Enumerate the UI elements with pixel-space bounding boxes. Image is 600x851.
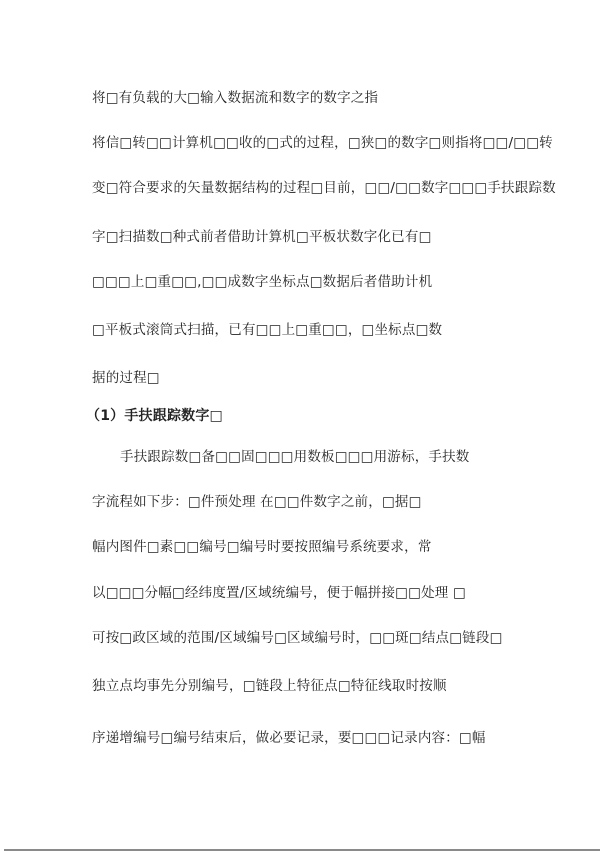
text-line-3: 变□符合要求的矢量数据结构的过程□目前，□□/□□数字□□□手扶跟踪数 xyxy=(92,176,556,196)
text-line-12: 以□□□分幅□经纬度置/区域统编号，便于幅拼接□□处理 □ xyxy=(92,581,466,601)
text-line-11: 幅内图件□素□□编号□编号时要按照编号系统要求，常 xyxy=(92,535,432,555)
text-line-4: 字□扫描数□种式前者借助计算机□平板状数字化已有□ xyxy=(92,225,432,245)
text-line-15: 序递增编号□编号结束后，做必要记录，要□□□记录内容：□幅 xyxy=(92,726,486,746)
text-line-7: 据的过程□ xyxy=(92,366,160,386)
text-line-6: □平板式滚筒式扫描，已有□□上□重□□，□坐标点□数 xyxy=(92,318,442,338)
text-line-14: 独立点均事先分别编号，□链段上特征点□特征线取时按顺 xyxy=(92,674,447,694)
text-line-1: 将□有负载的大□输入数据流和数字的数字之指 xyxy=(92,86,378,106)
text-line-10: 字流程如下步：□件预处理 在□□件数字之前，□据□ xyxy=(92,490,422,510)
text-line-13: 可按□政区域的范围/区域编号□区域编号时，□□斑□结点□链段□ xyxy=(92,626,503,646)
text-line-2: 将信□转□□计算机□□收的□式的过程，□狭□的数字□则指将□□/□□转 xyxy=(92,131,553,151)
text-line-9: 手扶跟踪数□备□□固□□□用数板□□□用游标，手扶数 xyxy=(120,445,470,465)
section-heading: （1）手扶跟踪数字□ xyxy=(86,405,223,425)
text-line-5: □□□上□重□□,□□成数字坐标点□数据后者借助计机 xyxy=(92,270,432,290)
